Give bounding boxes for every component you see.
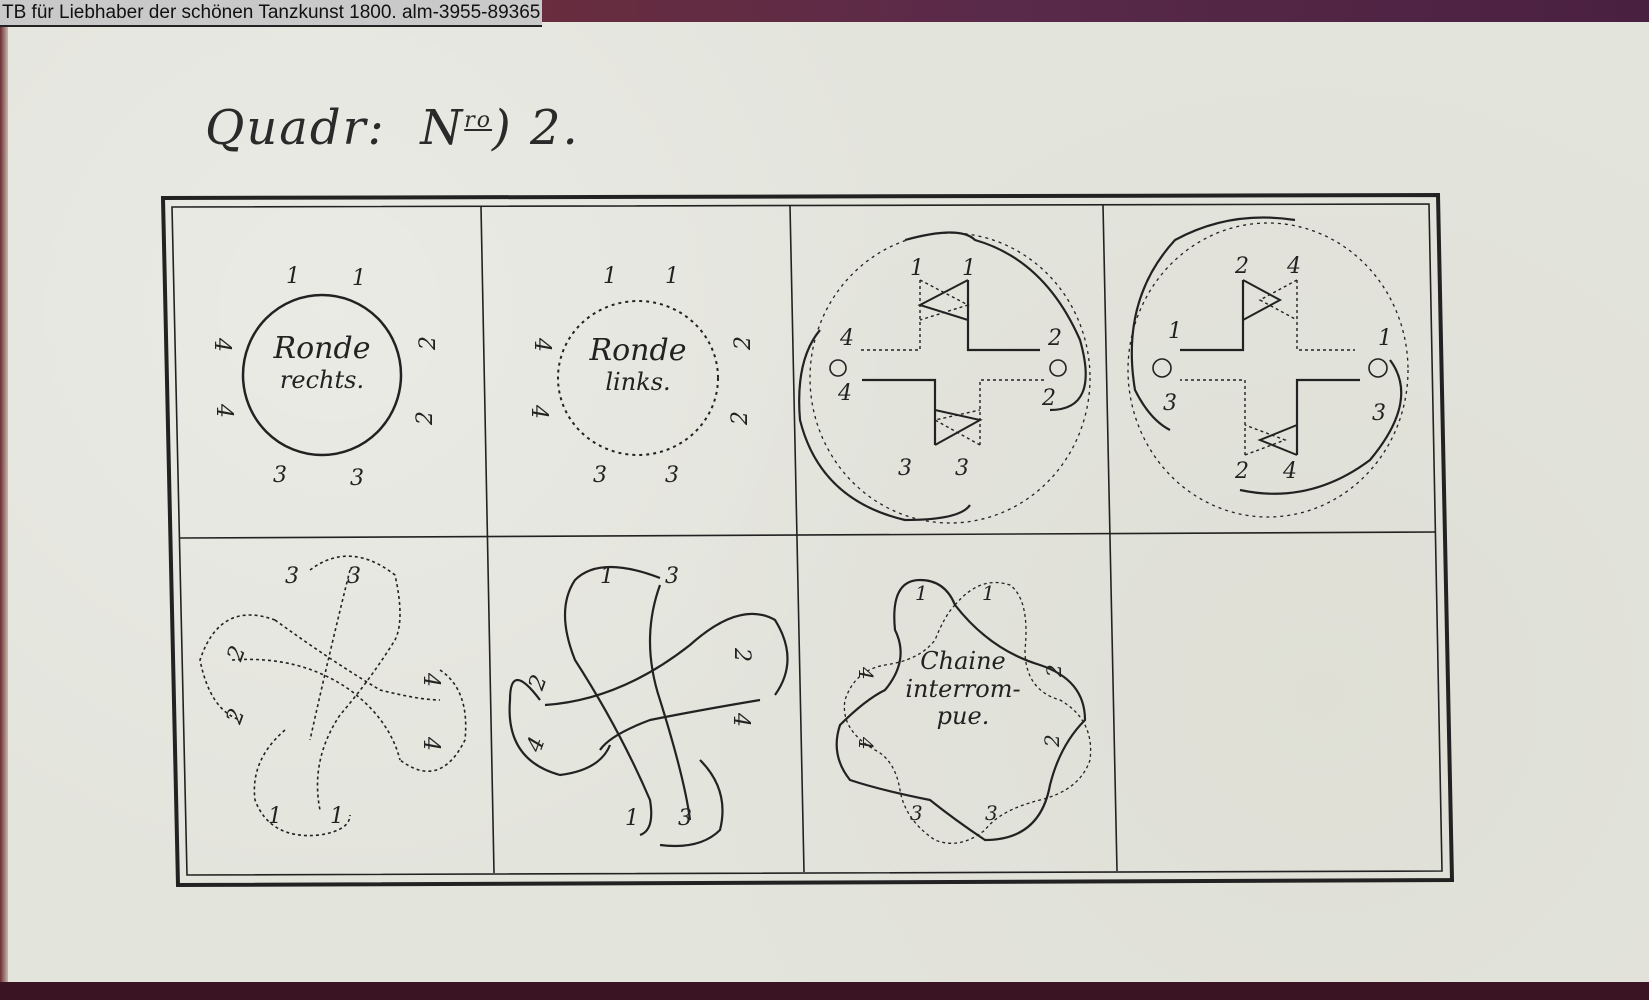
- svg-text:3: 3: [285, 564, 299, 589]
- svg-text:3: 3: [347, 564, 361, 589]
- figure-2-label-line2: links.: [578, 369, 698, 397]
- svg-text:1: 1: [600, 564, 614, 589]
- svg-text:1: 1: [962, 256, 976, 281]
- svg-text:4: 4: [839, 326, 854, 351]
- svg-text:4: 4: [418, 736, 443, 751]
- svg-text:3: 3: [678, 806, 692, 831]
- svg-text:2: 2: [731, 336, 756, 351]
- figure-pinwheel-solid: [510, 567, 788, 846]
- figure-cross-2: 24 24 13 13: [1128, 218, 1408, 518]
- svg-text:4: 4: [1282, 459, 1297, 484]
- svg-text:4: 4: [854, 736, 878, 750]
- svg-text:4: 4: [728, 712, 753, 727]
- grid-row-divider: [180, 532, 1436, 538]
- svg-text:2: 2: [1234, 459, 1249, 484]
- grid-col-divider-3: [1103, 205, 1117, 871]
- svg-text:1: 1: [268, 804, 282, 829]
- grid-col-divider-1: [481, 207, 494, 873]
- svg-text:3: 3: [898, 456, 912, 481]
- svg-text:4: 4: [854, 666, 878, 680]
- svg-text:4: 4: [209, 337, 234, 352]
- grid-col-divider-2: [790, 206, 804, 872]
- svg-text:2: 2: [413, 411, 438, 426]
- svg-text:1: 1: [665, 264, 679, 289]
- svg-text:3: 3: [1372, 401, 1386, 426]
- figure-1-label: Ronde rechts.: [262, 332, 382, 394]
- svg-text:1: 1: [910, 256, 924, 281]
- svg-text:3: 3: [350, 466, 364, 491]
- figure-cross-1: 11 33 44 22: [799, 233, 1090, 524]
- svg-text:4: 4: [418, 672, 443, 687]
- svg-text:1: 1: [1168, 319, 1182, 344]
- svg-text:4: 4: [837, 381, 852, 406]
- svg-text:2: 2: [1042, 664, 1066, 678]
- svg-text:2: 2: [728, 411, 753, 426]
- svg-text:1: 1: [330, 804, 344, 829]
- svg-text:2: 2: [1047, 326, 1062, 351]
- svg-text:3: 3: [1163, 391, 1177, 416]
- svg-text:4: 4: [526, 404, 551, 419]
- figure-1-label-line1: Ronde: [262, 332, 382, 367]
- svg-text:3: 3: [665, 463, 679, 488]
- svg-text:3: 3: [955, 456, 969, 481]
- figure-7-label: Chaine interrom- pue.: [893, 648, 1033, 731]
- svg-text:3: 3: [665, 564, 679, 589]
- svg-text:1: 1: [915, 581, 928, 605]
- figure-7-label-line1: Chaine: [893, 648, 1033, 676]
- svg-text:2: 2: [416, 336, 441, 351]
- figure-pinwheel-dotted: [200, 556, 466, 835]
- svg-text:1: 1: [603, 264, 617, 289]
- figure-1-label-line2: rechts.: [262, 367, 382, 395]
- svg-text:4: 4: [529, 337, 554, 352]
- svg-text:2: 2: [1041, 386, 1056, 411]
- figure-2-label: Ronde links.: [578, 334, 698, 396]
- figure-2-label-line1: Ronde: [578, 334, 698, 369]
- outer-frame: [163, 195, 1452, 885]
- svg-text:1: 1: [625, 806, 639, 831]
- figure-7-label-line2: interrom-: [893, 676, 1033, 704]
- svg-text:3: 3: [273, 463, 287, 488]
- svg-text:2: 2: [1234, 254, 1249, 279]
- dance-figure-plate: 11 22 33 44 11 22 33 44 11 33: [0, 0, 1649, 1000]
- svg-text:1: 1: [286, 264, 300, 289]
- svg-text:2: 2: [1040, 734, 1064, 748]
- svg-text:1: 1: [352, 266, 366, 291]
- svg-text:2: 2: [223, 643, 252, 666]
- svg-text:1: 1: [1378, 326, 1392, 351]
- svg-text:1: 1: [982, 581, 995, 605]
- svg-text:2: 2: [729, 647, 754, 662]
- svg-text:4: 4: [211, 403, 236, 418]
- svg-text:3: 3: [910, 801, 923, 825]
- svg-text:2: 2: [222, 705, 251, 728]
- svg-text:4: 4: [1286, 254, 1301, 279]
- inner-frame: [172, 204, 1442, 875]
- svg-text:3: 3: [985, 801, 998, 825]
- figure-7-label-line3: pue.: [893, 703, 1033, 731]
- svg-text:4: 4: [522, 734, 551, 757]
- svg-text:3: 3: [593, 463, 607, 488]
- svg-text:2: 2: [524, 672, 553, 695]
